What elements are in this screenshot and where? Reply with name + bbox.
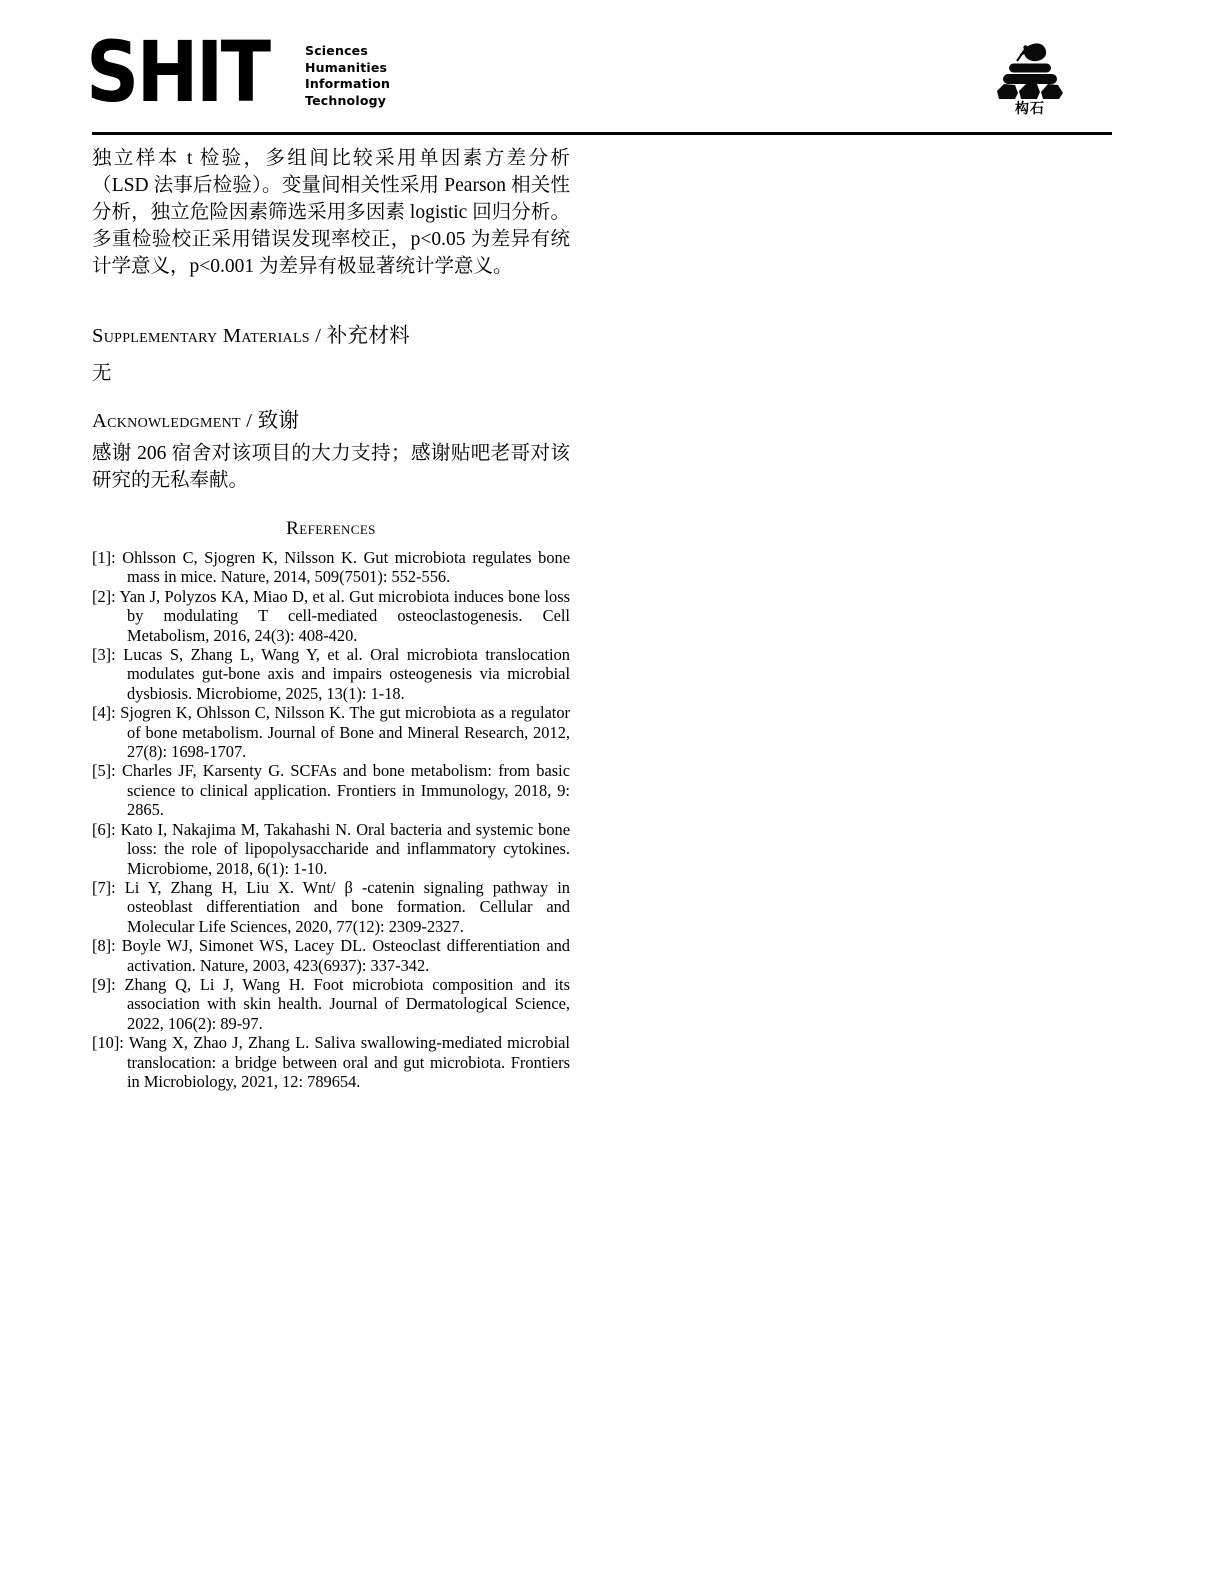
reference-number: [10]: [92, 1033, 124, 1052]
journal-tagline: Sciences Humanities Information Technolo… [305, 43, 390, 109]
journal-logo: SHIT [86, 30, 268, 114]
reference-number: [2]: [92, 587, 116, 606]
reference-item: [5]: Charles JF, Karsenty G. SCFAs and b… [92, 761, 570, 819]
reference-number: [6]: [92, 820, 116, 839]
reference-text: Charles JF, Karsenty G. SCFAs and bone m… [122, 761, 570, 819]
tagline-line-sciences: Sciences [305, 43, 390, 60]
header-divider [92, 132, 1112, 135]
tagline-line-information: Information [305, 76, 390, 93]
reference-text: Kato I, Nakajima M, Takahashi N. Oral ba… [121, 820, 570, 878]
acknowledgment-heading: Acknowledgment / 致谢 [92, 409, 570, 433]
acknowledgment-body: 感谢 206 宿舍对该项目的大力支持；感谢贴吧老哥对该研究的无私奉献。 [92, 440, 570, 494]
reference-number: [5]: [92, 761, 116, 780]
supplementary-materials-heading: Supplementary Materials / 补充材料 [92, 324, 570, 348]
reference-item: [8]: Boyle WJ, Simonet WS, Lacey DL. Ost… [92, 936, 570, 975]
supplementary-materials-body: 无 [92, 360, 570, 387]
references-heading: References [92, 517, 570, 541]
article-column: 独立样本 t 检验，多组间比较采用单因素方差分析（LSD 法事后检验）。变量间相… [92, 145, 570, 1091]
reference-number: [8]: [92, 936, 116, 955]
reference-item: [7]: Li Y, Zhang H, Liu X. Wnt/ β -caten… [92, 878, 570, 936]
reference-text: Lucas S, Zhang L, Wang Y, et al. Oral mi… [123, 645, 570, 703]
reference-item: [10]: Wang X, Zhao J, Zhang L. Saliva sw… [92, 1033, 570, 1091]
reference-item: [2]: Yan J, Polyzos KA, Miao D, et al. G… [92, 587, 570, 645]
reference-text: Zhang Q, Li J, Wang H. Foot microbiota c… [124, 975, 570, 1033]
reference-item: [6]: Kato I, Nakajima M, Takahashi N. Or… [92, 820, 570, 878]
reference-text: Sjogren K, Ohlsson C, Nilsson K. The gut… [120, 703, 570, 761]
tagline-line-humanities: Humanities [305, 60, 390, 77]
reference-number: [9]: [92, 975, 116, 994]
reference-number: [3]: [92, 645, 116, 664]
reference-item: [9]: Zhang Q, Li J, Wang H. Foot microbi… [92, 975, 570, 1033]
reference-text: Yan J, Polyzos KA, Miao D, et al. Gut mi… [120, 587, 570, 645]
reference-number: [4]: [92, 703, 116, 722]
reference-text: Ohlsson C, Sjogren K, Nilsson K. Gut mic… [122, 548, 570, 586]
reference-text: Boyle WJ, Simonet WS, Lacey DL. Osteocla… [122, 936, 570, 974]
reference-item: [3]: Lucas S, Zhang L, Wang Y, et al. Or… [92, 645, 570, 703]
journal-seal: 构石 [994, 42, 1066, 117]
reference-number: [7]: [92, 878, 116, 897]
rock-pile-icon [996, 42, 1064, 100]
tagline-line-technology: Technology [305, 93, 390, 110]
reference-text: Wang X, Zhao J, Zhang L. Saliva swallowi… [127, 1033, 570, 1091]
reference-number: [1]: [92, 548, 116, 567]
reference-item: [4]: Sjogren K, Ohlsson C, Nilsson K. Th… [92, 703, 570, 761]
methods-paragraph: 独立样本 t 检验，多组间比较采用单因素方差分析（LSD 法事后检验）。变量间相… [92, 145, 570, 280]
references-list: [1]: Ohlsson C, Sjogren K, Nilsson K. Gu… [92, 548, 570, 1091]
reference-item: [1]: Ohlsson C, Sjogren K, Nilsson K. Gu… [92, 548, 570, 587]
journal-page: SHIT Sciences Humanities Information Tec… [0, 0, 1224, 1584]
seal-label: 构石 [994, 102, 1066, 117]
reference-text: Li Y, Zhang H, Liu X. Wnt/ β -catenin si… [125, 878, 570, 936]
